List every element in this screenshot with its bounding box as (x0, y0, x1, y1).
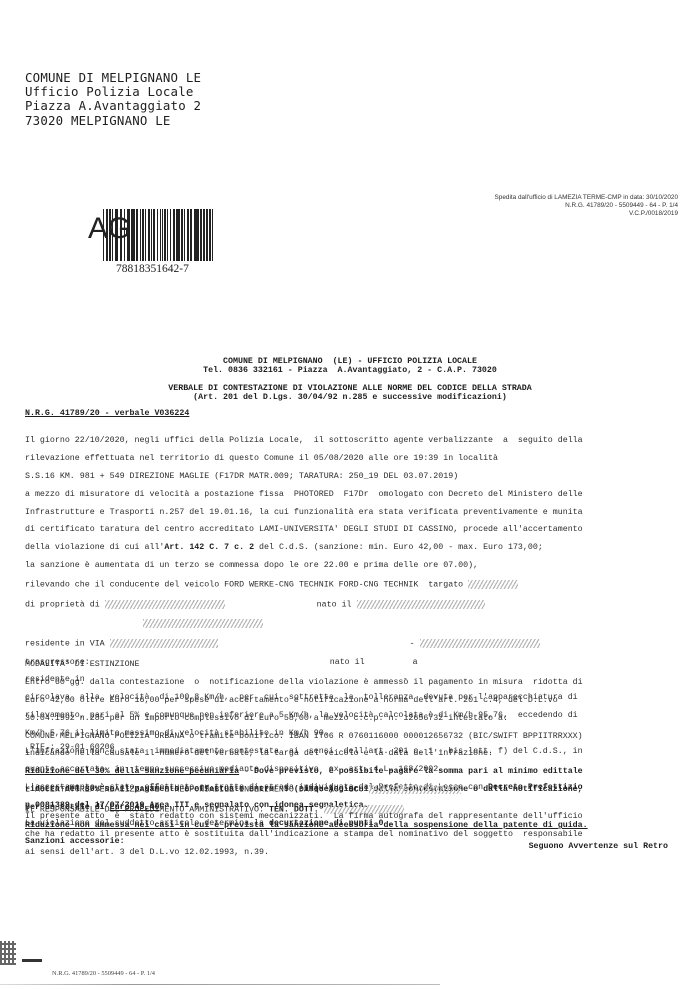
payment-title: MODALITA' DI ESTINZIONE (25, 661, 675, 670)
agent-label: L'ACCERTATORE/VERBALIZZANTE E RESPONSABI… (25, 786, 329, 795)
address-line: Ufficio Polizia Locale (25, 85, 201, 99)
body-line: di certificato taratura del centro accre… (25, 526, 675, 535)
page-edge-line (0, 984, 440, 985)
footer-reference: N.R.G. 41789/20 - 5509449 - 64 - P. 1/4 (52, 970, 155, 977)
qr-code (0, 941, 16, 965)
article-ref: Art. 142 C. 7 c. 2 (164, 543, 254, 552)
document-title-line: (Art. 201 del D.Lgs. 30/04/92 n.285 e su… (0, 394, 700, 403)
body-line: Infrastrutture e Trasporti n.257 del 19.… (25, 509, 675, 518)
address-line: 73020 MELPIGNANO LE (25, 114, 201, 128)
payment-line: Euro 42,00 oltre Euro 16,00 per spese di… (25, 697, 675, 706)
recipient-address: COMUNE DI MELPIGNANO LE Ufficio Polizia … (25, 71, 201, 128)
body-line: rilevazione effettuata nel territorio di… (25, 455, 675, 464)
text: residente in VIA (25, 640, 105, 649)
owner-line: di proprietà di nato il (25, 600, 675, 611)
body-line: Il giorno 22/10/2020, negli uffici della… (25, 437, 675, 446)
redacted-owner (105, 600, 225, 609)
redacted-agent (369, 785, 461, 794)
barcode-number: 78818351642-7 (116, 263, 189, 275)
redacted-street (110, 639, 218, 648)
postal-stamp-line: V.C.P./0018/2019 (495, 210, 678, 218)
plate-line: rilevando che il conducente del veicolo … (25, 580, 675, 591)
payment-line: Entro 60 gg. dalla contestazione o notif… (25, 679, 675, 688)
postal-stamp-line: N.R.G. 41789/20 - 5509449 - 64 - P. 1/4 (495, 202, 678, 210)
redacted-birth (357, 600, 485, 609)
redacted-field (143, 619, 263, 628)
text: di proprietà di (25, 600, 100, 609)
article-line: della violazione di cui all'Art. 142 C. … (25, 544, 675, 553)
address-line: COMUNE DI MELPIGNANO LE (25, 71, 201, 85)
office-header: COMUNE DI MELPIGNANO (LE) - UFFICIO POLI… (0, 358, 700, 376)
redacted-line (25, 619, 675, 630)
document-title: VERBALE DI CONTESTAZIONE DI VIOLAZIONE A… (0, 385, 700, 403)
agent-line: L'ACCERTATORE/VERBALIZZANTE E RESPONSABI… (25, 785, 675, 796)
text: rilevando che il conducente del veicolo … (25, 581, 463, 590)
mark-dash (22, 959, 42, 962)
continue-note: Seguono Avvertenze sul Retro (0, 843, 668, 852)
postal-stamp: Spedita dall'ufficio di LAMEZIA TERME-CM… (495, 194, 678, 218)
text: della violazione di cui all' (25, 543, 164, 552)
text: nato il (317, 600, 352, 609)
body-line: S.S.16 KM. 981 + 549 DIREZIONE MAGLIE (F… (25, 473, 675, 482)
reference-number: N.R.G. 41789/20 - verbale V036224 (25, 410, 675, 419)
resident-line: residente in VIA - (25, 639, 675, 650)
redacted-city (420, 639, 540, 648)
payment-line: 30.04.1992 n.285 per un importo compless… (25, 715, 675, 724)
body-line: a mezzo di misuratore di velocità a post… (25, 491, 675, 500)
payment-line: COMUNE MELPIGNANO POLIZIA URBANA o trami… (25, 733, 675, 742)
office-header-line: Tel. 0836 332161 - Piazza A.Avantaggiato… (0, 367, 700, 376)
legal-note: Il presente atto è stato redatto con sis… (25, 804, 675, 867)
barcode (103, 209, 215, 261)
text: del C.d.S. (sanzione: min. Euro 42,00 - … (254, 543, 543, 552)
body-line: la sanzione è aumentata di un terzo se c… (25, 562, 675, 571)
legal-note-line: Il presente atto è stato redatto con sis… (25, 813, 675, 822)
redacted-plate (468, 580, 518, 589)
legal-note-line: che ha redatto il presente atto è sostit… (25, 831, 675, 840)
address-line: Piazza A.Avantaggiato 2 (25, 99, 201, 113)
reference-code: RIF.: 29-01 60206 (30, 744, 680, 753)
agent-value: AG. SC. (329, 786, 364, 795)
postal-stamp-line: Spedita dall'ufficio di LAMEZIA TERME-CM… (495, 194, 678, 202)
